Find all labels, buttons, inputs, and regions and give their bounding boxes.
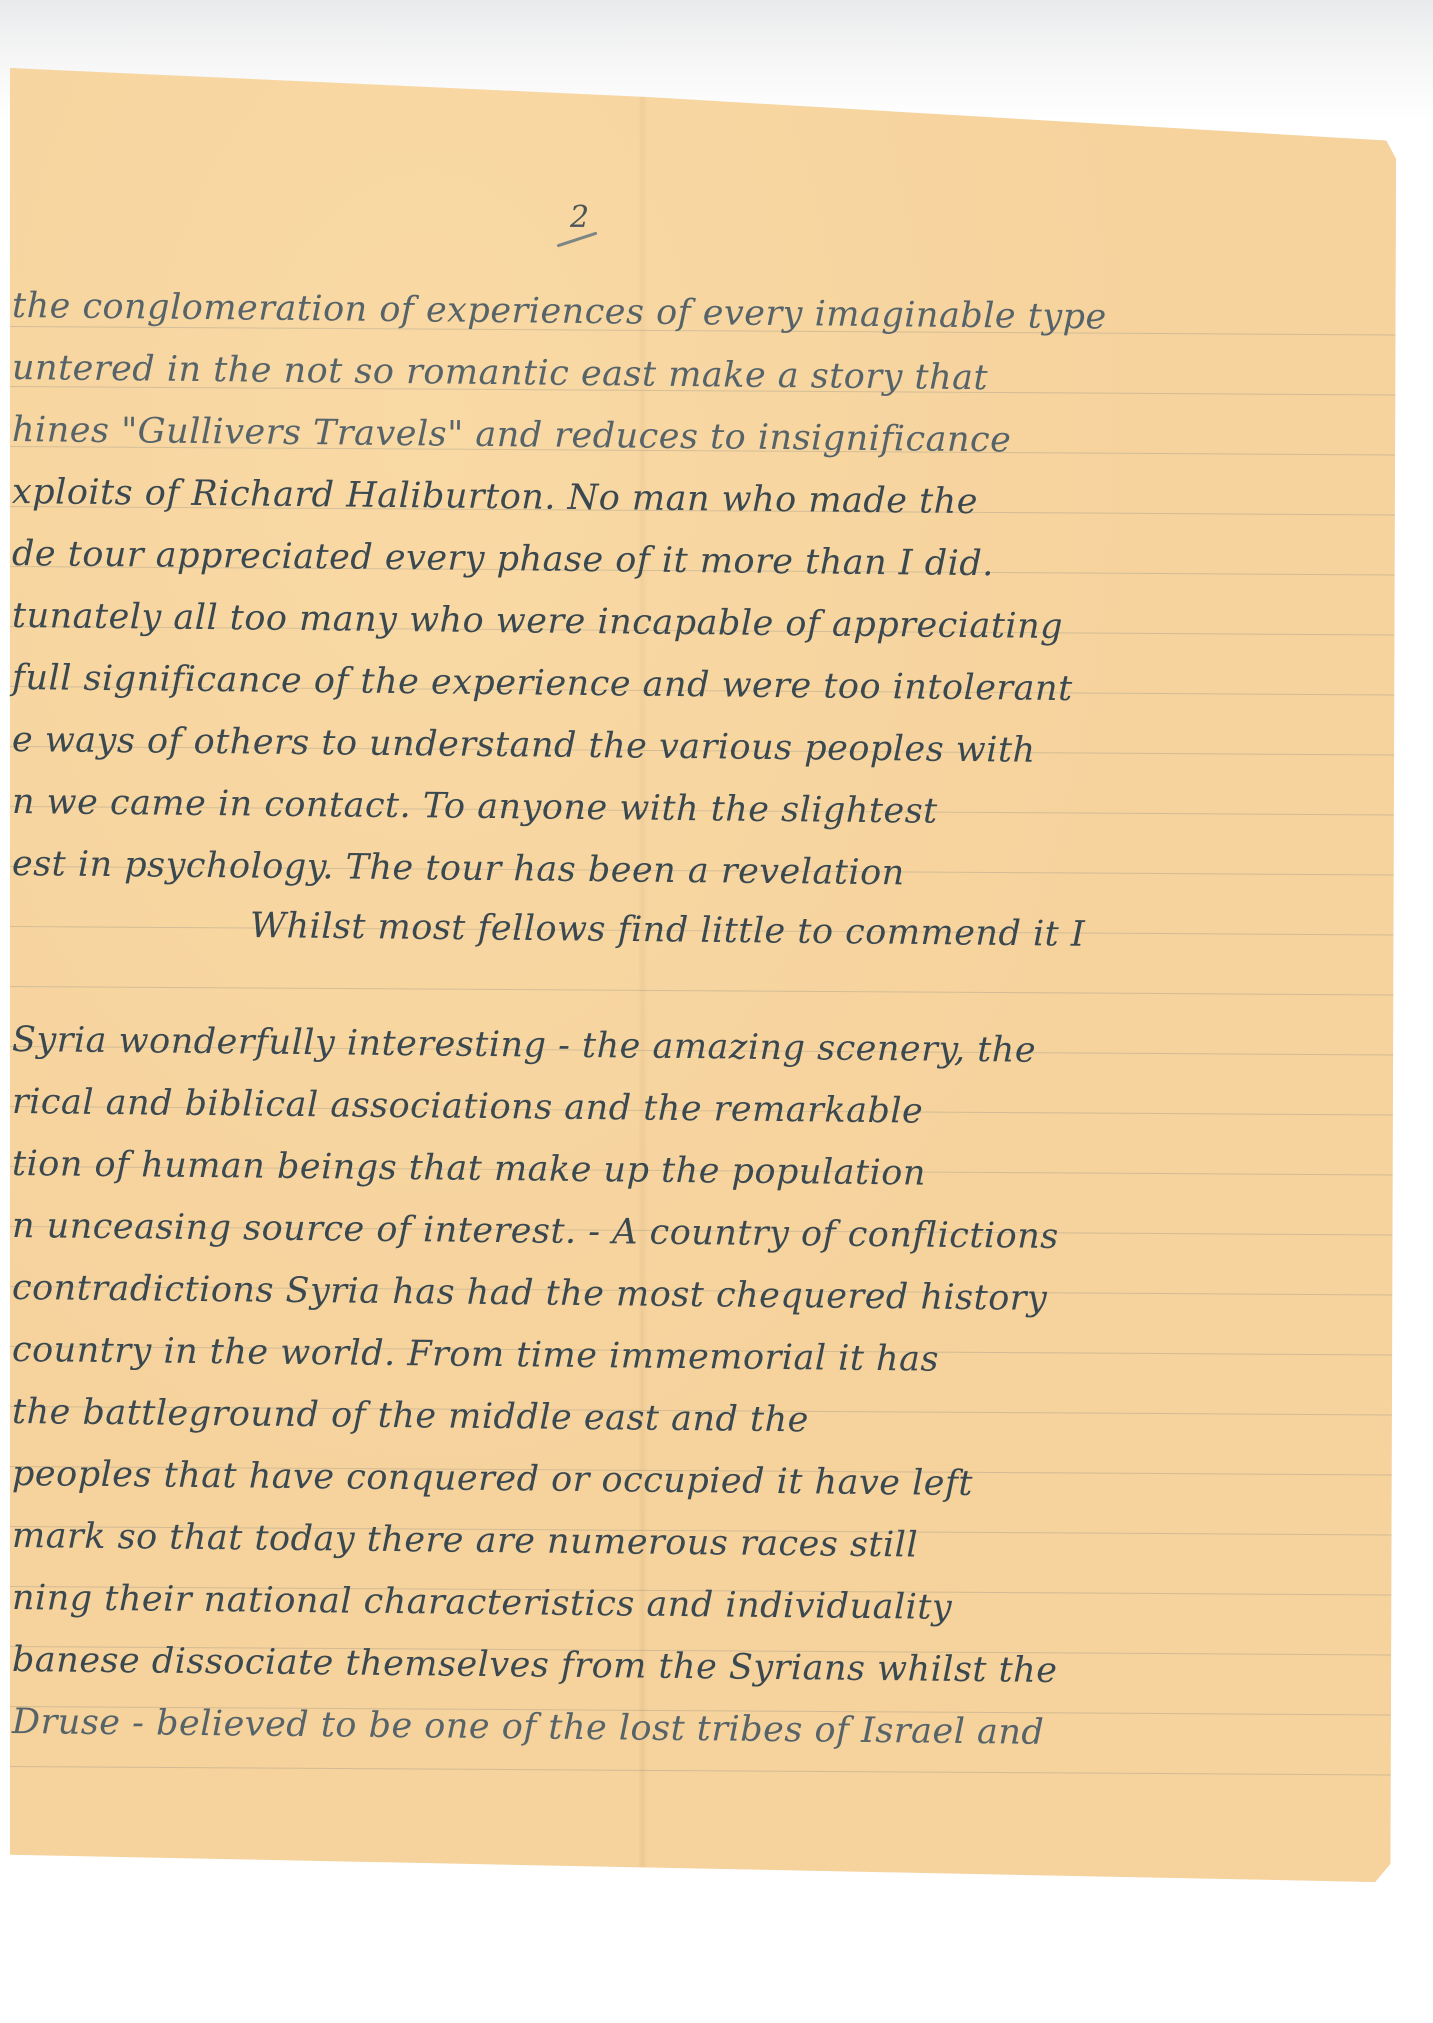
letter-line: the battleground of the middle east and … <box>12 1392 809 1440</box>
page-number: 2 <box>570 200 589 235</box>
ruled-line <box>10 986 1396 995</box>
scanned-page: 2 the conglomeration of experiences of e… <box>0 0 1433 2023</box>
ruled-line <box>10 1766 1396 1775</box>
